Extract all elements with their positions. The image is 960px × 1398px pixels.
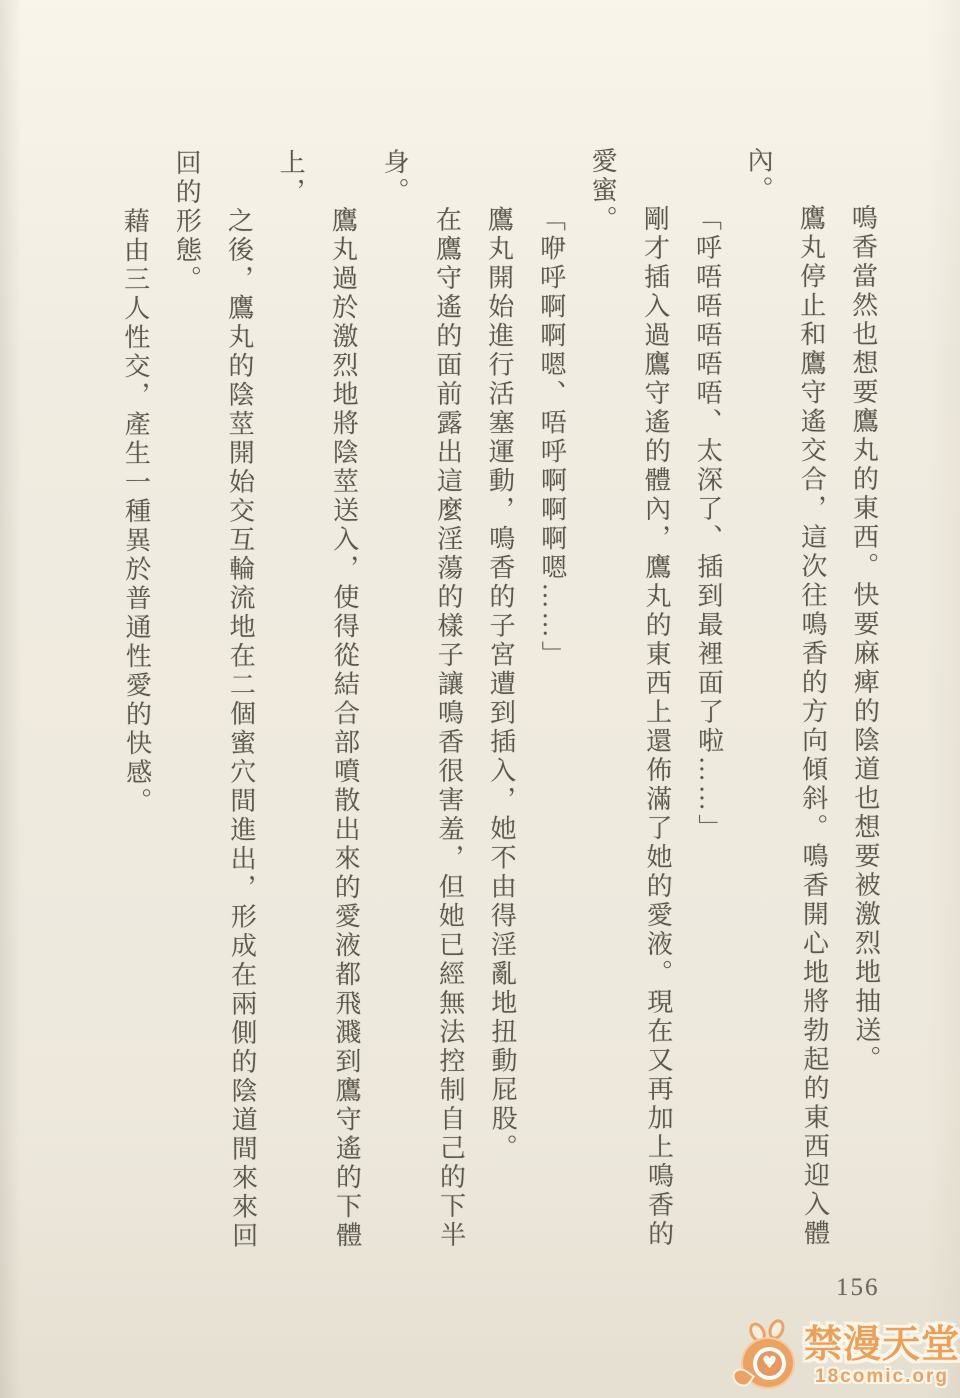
book-page: 鳴香當然也想要鷹丸的東西。快要麻痺的陰道也想要被激烈地抽送。鷹丸停止和鷹守遙交合… <box>0 0 960 1398</box>
paragraph: 鳴香當然也想要鷹丸的東西。快要麻痺的陰道也想要被激烈地抽送。 <box>836 146 893 1256</box>
heart-icon: ♥ <box>762 1355 777 1372</box>
page-number: 156 <box>836 1274 880 1302</box>
paragraph: 剛才插入過鷹守遙的體內，鷹丸的東西上還佈滿了她的愛液。現在又再加上鳴香的愛蜜。 <box>576 147 685 1257</box>
watermark-text: 禁漫天堂 18comic.org <box>802 1326 960 1388</box>
text-block: 鳴香當然也想要鷹丸的東西。快要麻痺的陰道也想要被激烈地抽送。鷹丸停止和鷹守遙交合… <box>108 146 893 1259</box>
paragraph: 藉由三人性交，產生一種異於普通性愛的快感。 <box>108 149 165 1259</box>
mascot-pupil: ♥ <box>757 1351 782 1376</box>
watermark: ♥ 禁漫天堂 18comic.org <box>736 1316 960 1398</box>
paragraph: 「咿呼啊啊嗯、唔呼啊啊啊嗯……」 <box>524 147 581 1257</box>
paragraph: 鷹丸過於激烈地將陰莖送入，使得從結合部噴散出來的愛液都飛濺到鷹守遙的下體上， <box>264 148 373 1258</box>
paragraph: 鷹丸開始進行活塞運動，鳴香的子宮遭到插入，她不由得淫亂地扭動屁股。 <box>472 148 529 1258</box>
mascot-eye: ♥ <box>753 1347 786 1380</box>
paragraph: 在鷹守遙的面前露出這麼淫蕩的樣子讓鳴香很害羞，但她已經無法控制自己的下半身。 <box>368 148 477 1258</box>
paragraph: 「呼唔唔唔唔唔、太深了、插到最裡面了啦……」 <box>680 147 737 1257</box>
watermark-title: 禁漫天堂 <box>802 1326 960 1366</box>
watermark-url: 18comic.org <box>802 1366 960 1388</box>
paragraph: 鷹丸停止和鷹守遙交合，這次往鳴香的方向傾斜。鳴香開心地將勃起的東西迎入體內。 <box>732 146 841 1256</box>
watermark-mascot-icon: ♥ <box>736 1317 800 1397</box>
paragraph: 之後，鷹丸的陰莖開始交互輪流地在二個蜜穴間進出，形成在兩側的陰道間來來回回的形態… <box>160 149 269 1259</box>
